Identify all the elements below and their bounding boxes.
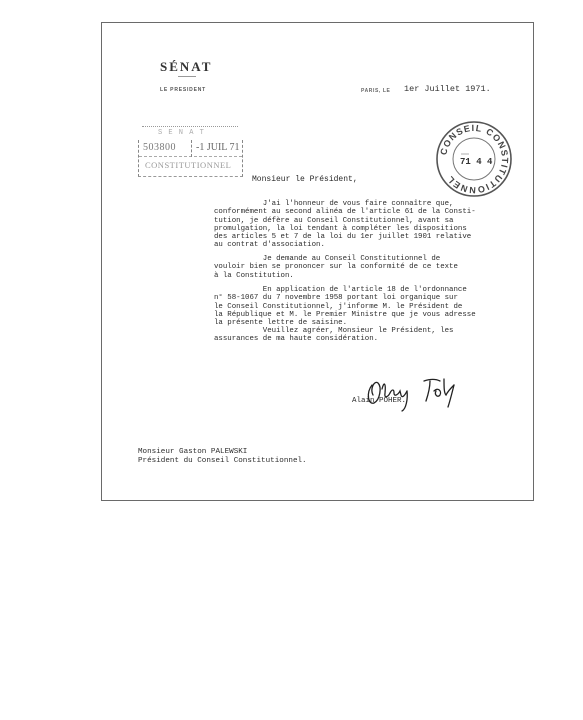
- letterhead-rule: [178, 76, 196, 77]
- letter-date: 1er Juillet 1971.: [404, 84, 491, 94]
- stamp-divider-vertical: [191, 140, 192, 157]
- addressee-name: Monsieur Gaston PALEWSKI: [138, 448, 307, 457]
- stamp-title: S E N A T: [158, 129, 205, 137]
- place-label: PARIS, LE: [361, 88, 390, 94]
- addressee-block: Monsieur Gaston PALEWSKIPrésident du Con…: [138, 448, 307, 466]
- stamp-box: 503800 -1 JUIL 71 CONSTITUTIONNEL: [138, 140, 243, 177]
- letterhead-institution: SÉNAT: [160, 59, 212, 75]
- signer-name: Alain POHER.: [352, 397, 406, 405]
- stamp-label: CONSTITUTIONNEL: [145, 160, 231, 170]
- stamp-rule: [142, 126, 238, 127]
- stamp-date: -1 JUIL 71: [196, 142, 240, 153]
- addressee-title: Président du Conseil Constitutionnel.: [138, 457, 307, 466]
- round-stamp-icon: CONSEIL CONSTITUTIONNEL 71 4 4: [434, 119, 514, 199]
- paragraph-closing: Veuillez agréer, Monsieur le Président, …: [214, 327, 454, 344]
- letterhead-office: LE PRESIDENT: [160, 87, 206, 93]
- paragraph-notification: En application de l'article 18 de l'ordo…: [214, 286, 476, 327]
- signature-icon: [364, 373, 464, 413]
- stamp-number: 503800: [143, 142, 176, 153]
- salutation: Monsieur le Président,: [252, 175, 358, 184]
- conseil-constitutionnel-stamp: CONSEIL CONSTITUTIONNEL 71 4 4: [415, 101, 495, 181]
- stamp-date-text: 71 4 4: [460, 157, 493, 167]
- paragraph-referral: J'ai l'honneur de vous faire connaître q…: [214, 200, 476, 250]
- paragraph-request: Je demande au Conseil Constitutionnel de…: [214, 255, 458, 280]
- signature: [345, 355, 445, 395]
- registration-stamp: S E N A T 503800 -1 JUIL 71 CONSTITUTION…: [138, 125, 243, 177]
